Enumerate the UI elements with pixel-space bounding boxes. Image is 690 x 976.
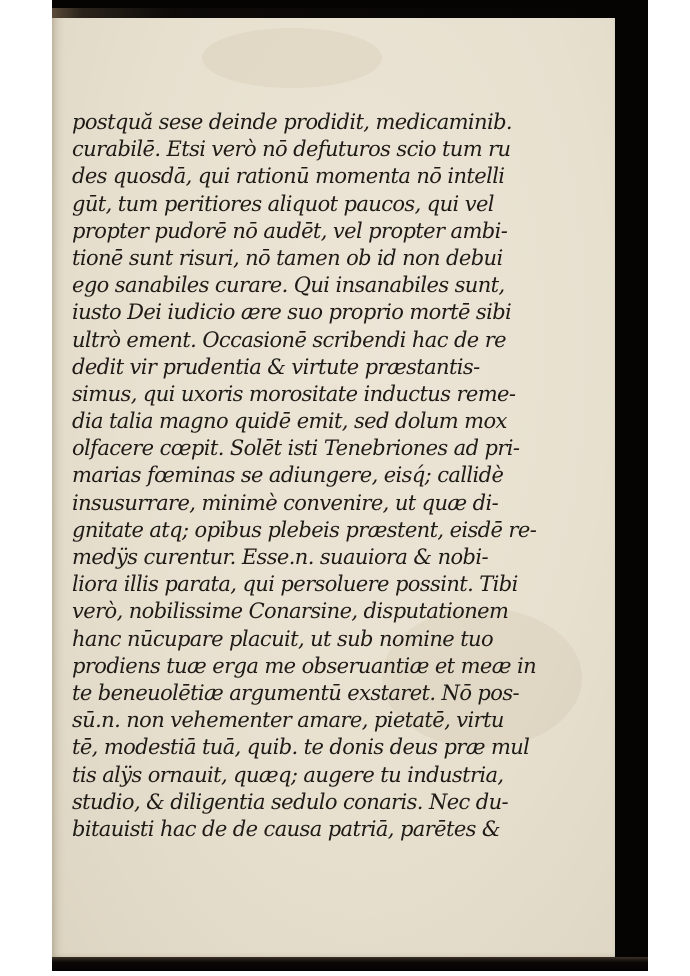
body-text: postquă sese deinde prodidit, medicamini… bbox=[72, 109, 532, 843]
text-line: curabilē. Etsi verò nō defuturos scio tu… bbox=[72, 136, 532, 163]
text-line: te beneuolētiæ argumentū exstaret. Nō po… bbox=[72, 680, 532, 707]
text-line: postquă sese deinde prodidit, medicamini… bbox=[72, 109, 532, 136]
text-line: propter pudorē nō audēt, vel propter amb… bbox=[72, 218, 532, 245]
text-line: liora illis parata, qui persoluere possi… bbox=[72, 571, 532, 598]
text-line: dedit vir prudentia & virtute præstantis… bbox=[72, 354, 532, 381]
text-line: olfacere cœpit. Solēt isti Tenebriones a… bbox=[72, 435, 532, 462]
text-line: hanc nūcupare placuit, ut sub nomine tuo bbox=[72, 626, 532, 653]
text-line: prodiens tuæ erga me obseruantiæ et meæ … bbox=[72, 653, 532, 680]
text-line: ultrò ement. Occasionē scribendi hac de … bbox=[72, 327, 532, 354]
text-line: medÿs curentur. Esse.n. suauiora & nobi- bbox=[72, 544, 532, 571]
text-line: dia talia magno quidē emit, sed dolum mo… bbox=[72, 408, 532, 435]
text-line: des quosdā, qui rationū momenta nō intel… bbox=[72, 163, 532, 190]
text-line: simus, qui uxoris morositate inductus re… bbox=[72, 381, 532, 408]
text-line: marias fœminas se adiungere, eisq́; call… bbox=[72, 462, 532, 489]
book-page: postquă sese deinde prodidit, medicamini… bbox=[52, 8, 615, 959]
text-line: insusurrare, minimè convenire, ut quæ di… bbox=[72, 490, 532, 517]
text-line: iusto Dei iudicio ære suo proprio mortē … bbox=[72, 299, 532, 326]
page-top-shadow bbox=[52, 8, 615, 18]
text-line: verò, nobilissime Conarsine, disputation… bbox=[72, 598, 532, 625]
paper-stain bbox=[202, 28, 382, 88]
text-line: ego sanabiles curare. Qui insanabiles su… bbox=[72, 272, 532, 299]
text-line: studio, & diligentia sedulo conaris. Nec… bbox=[72, 789, 532, 816]
text-line: tionē sunt risuri, nō tamen ob id non de… bbox=[72, 245, 532, 272]
text-line: bitauisti hac de de causa patriā, parēte… bbox=[72, 816, 532, 843]
page-bottom-shadow bbox=[52, 957, 648, 971]
scanned-page-frame: postquă sese deinde prodidit, medicamini… bbox=[52, 0, 648, 971]
text-line: gnitate atq; opibus plebeis præstent, ei… bbox=[72, 517, 532, 544]
text-line: sū.n. non vehementer amare, pietatē, vir… bbox=[72, 707, 532, 734]
text-line: tis alÿs ornauit, quæq; augere tu indust… bbox=[72, 762, 532, 789]
text-line: gūt, tum peritiores aliquot paucos, qui … bbox=[72, 191, 532, 218]
text-line: tē, modestiā tuā, quib. te donis deus pr… bbox=[72, 734, 532, 761]
